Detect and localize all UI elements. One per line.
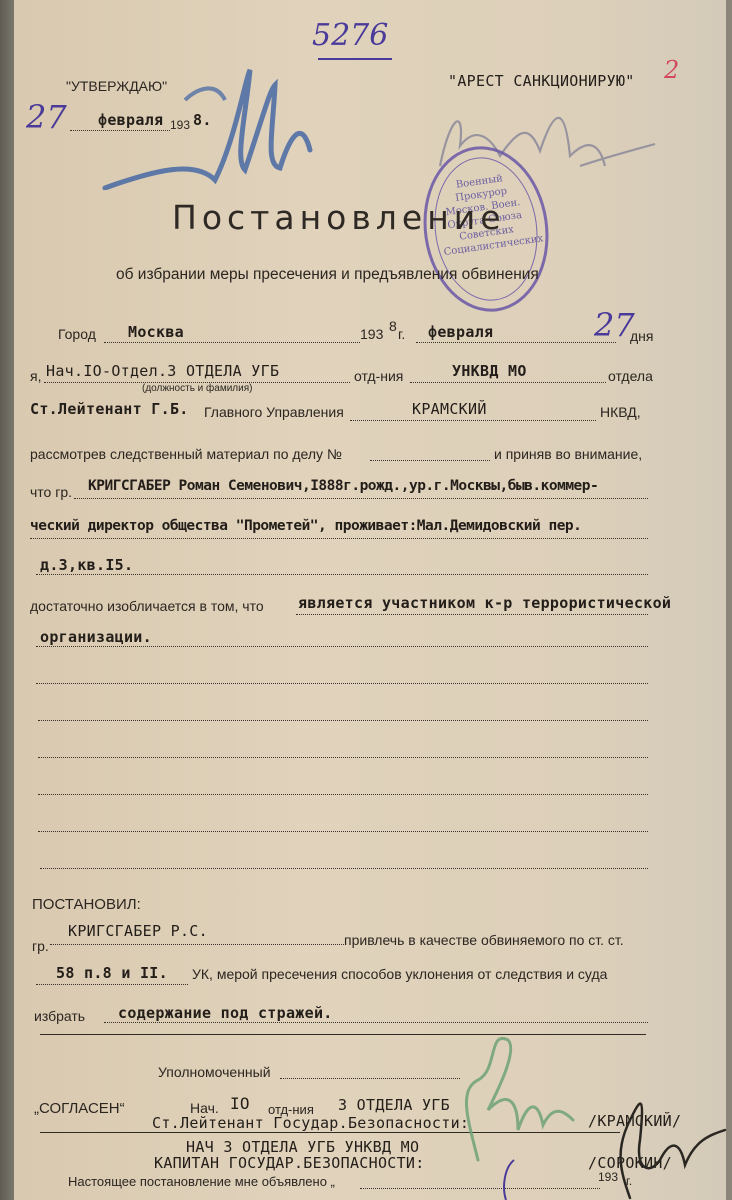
head-rank: Ст.Лейтенант Государ.Безопасности: (152, 1114, 469, 1132)
decision-measure-line (104, 1022, 648, 1023)
blank-line (38, 757, 648, 758)
day-value: 27 (594, 306, 635, 344)
month-line (416, 342, 616, 343)
decision-heading: ПОСТАНОВИЛ: (32, 896, 141, 913)
dark-signature-icon (600, 1080, 730, 1200)
suspect-line-3: д.3,кв.I5. (40, 556, 133, 574)
case-number-line (370, 460, 490, 461)
decision-choose-label: избрать (34, 1008, 85, 1024)
charge-line-2: организации. (40, 628, 152, 646)
suspect-line-1-rule (74, 498, 648, 499)
city-value: Москва (128, 323, 184, 341)
suspect-prefix: что гр. (30, 484, 72, 500)
blank-line (38, 720, 648, 721)
page-edge (0, 0, 14, 1200)
month-value: февраля (428, 323, 493, 341)
blank-line (36, 683, 648, 684)
name-line (350, 420, 596, 421)
arrest-label: "АРЕСТ САНКЦИОНИРУЮ" (448, 72, 635, 90)
day-label: дня (630, 328, 653, 344)
city-label: Город (58, 326, 96, 342)
year-suffix: 8 (389, 318, 397, 334)
blue-signature-icon (95, 40, 335, 190)
city-line (104, 342, 360, 343)
year-unit: г. (398, 326, 405, 342)
charge-line-1-rule (296, 614, 648, 615)
suspect-line-3-rule (36, 574, 648, 575)
position-value: Нач.IO-Отдел.3 ОТДЕЛА УГБ (46, 362, 279, 380)
blank-line (40, 868, 648, 869)
case-text-a: рассмотрев следственный материал по делу… (30, 446, 342, 462)
suspect-line-2: ческий директор общества "Прометей", про… (30, 518, 581, 534)
decision-measure: содержание под стражей. (118, 1004, 333, 1022)
authorized-label: Уполномоченный (158, 1064, 271, 1080)
charge-prefix: достаточно изобличается в том, что (30, 598, 264, 614)
year-prefix: 193 (360, 326, 383, 342)
dept-line (410, 382, 606, 383)
suspect-line-2-rule (30, 538, 648, 539)
charge-line-1: является участником к-р террористической (298, 594, 671, 612)
rank-value: Ст.Лейтенант Г.Б. (30, 400, 189, 418)
head-num: IO (230, 1094, 250, 1113)
decision-charge-text: привлечь в качестве обвиняемого по ст. с… (344, 932, 624, 948)
dept-label: отд-ния (354, 368, 403, 384)
decision-articles-text: УК, мерой пресечения способов уклонения … (192, 966, 607, 982)
chief-line-2: КАПИТАН ГОСУДАР.БЕЗОПАСНОСТИ: (154, 1154, 425, 1172)
announced-line (360, 1188, 600, 1189)
announced-label: Настоящее постановление мне объявлено „ (68, 1174, 335, 1189)
decision-name: КРИГСГАБЕР Р.С. (68, 922, 208, 940)
green-signature-icon (448, 1030, 578, 1170)
agreed-label: „СОГЛАСЕН“ (34, 1100, 125, 1117)
ya-prefix: я, (30, 368, 41, 384)
position-hint: (должность и фамилия) (142, 383, 252, 394)
dept-value: УНКВД МО (452, 362, 527, 380)
nkvd-label: НКВД, (600, 404, 641, 420)
document-title: Постановление (172, 198, 506, 237)
authorized-line (280, 1078, 460, 1079)
approve-day: 27 (26, 98, 67, 136)
gu-label: Главного Управления (204, 404, 344, 420)
suspect-line-1: КРИГСГАБЕР Роман Семенович,I888г.рожд.,у… (88, 478, 598, 494)
violet-mark-icon (496, 1158, 526, 1200)
sheet-number: 2 (664, 56, 679, 84)
document-subtitle: об избрании меры пресечения и предъявлен… (116, 266, 539, 284)
decision-articles-line (36, 984, 188, 985)
blank-line (38, 831, 648, 832)
charge-line-2-rule (36, 646, 648, 647)
case-text-b: и приняв во внимание, (494, 446, 642, 462)
blank-line (38, 794, 648, 795)
decision-articles: 58 п.8 и II. (56, 964, 168, 982)
section-label: отдела (608, 368, 653, 384)
decision-name-line (50, 944, 344, 945)
head-dept: 3 ОТДЕЛА УГБ (338, 1096, 450, 1114)
name-value: КРАМСКИЙ (412, 400, 487, 418)
decision-gr-label: гр. (32, 938, 49, 954)
